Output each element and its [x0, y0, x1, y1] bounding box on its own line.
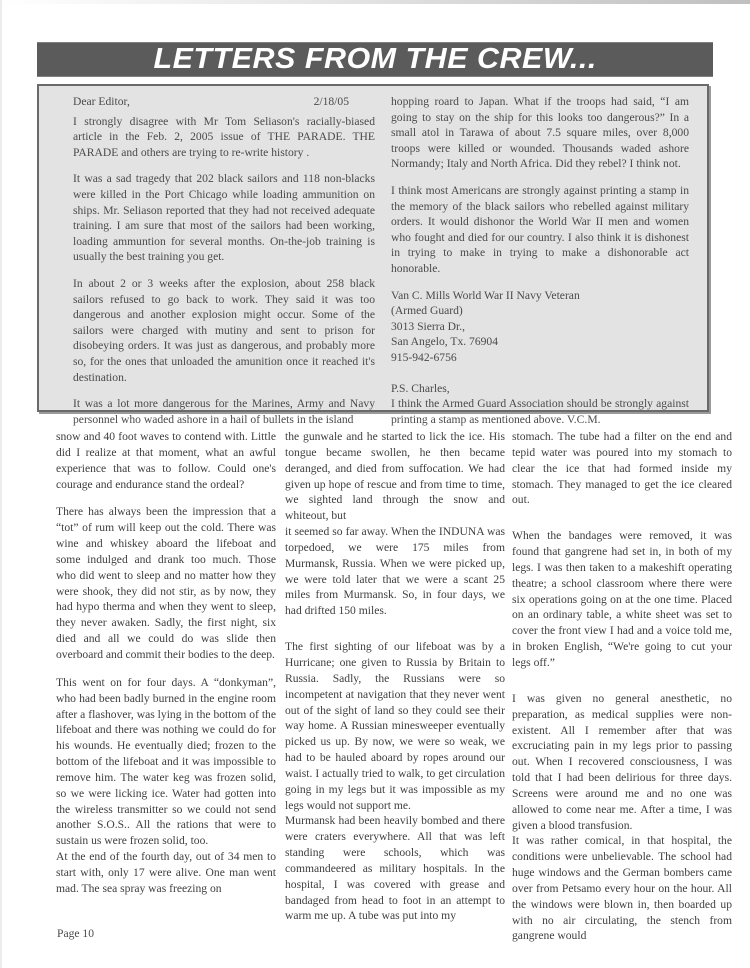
signature-phone: 915-942-6756 [391, 350, 689, 366]
scan-edge-left [0, 0, 2, 968]
story-column-2: the gunwale and he started to lick the i… [285, 429, 505, 936]
postscript: P.S. Charles, I think the Armed Guard As… [391, 381, 689, 428]
salutation: Dear Editor, [73, 94, 130, 110]
story-paragraph: Murmansk had been heavily bombed and the… [285, 813, 505, 924]
signature-block: Van C. Mills World War II Navy Veteran (… [391, 288, 689, 366]
story-paragraph: the gunwale and he started to lick the i… [285, 429, 505, 524]
signature-unit: (Armed Guard) [391, 303, 689, 319]
story-paragraph: There has always been the impression tha… [56, 504, 276, 662]
scan-edge-shadow [0, 0, 750, 4]
letter-paragraph: hopping roard to Japan. What if the troo… [391, 94, 689, 172]
signature-city: San Angelo, Tx. 76904 [391, 334, 689, 350]
signature-name: Van C. Mills World War II Navy Veteran [391, 288, 689, 304]
letter-date: 2/18/05 [314, 94, 349, 110]
letter-to-editor-box: Dear Editor, 2/18/05 I strongly disagree… [37, 84, 709, 412]
section-banner: LETTERS FROM THE CREW... [37, 42, 713, 77]
story-paragraph: stomach. The tube had a filter on the en… [512, 429, 732, 508]
postscript-greeting: P.S. Charles, [391, 381, 689, 397]
letter-paragraph: In about 2 or 3 weeks after the explosio… [73, 276, 375, 385]
postscript-text: I think the Armed Guard Association shou… [391, 396, 689, 427]
story-paragraph: it seemed so far away. When the INDUNA w… [285, 524, 505, 619]
story-paragraph: snow and 40 foot waves to contend with. … [56, 429, 276, 492]
letter-header: Dear Editor, 2/18/05 [73, 94, 375, 110]
story-paragraph: I was given no general anesthetic, no pr… [512, 691, 732, 834]
story-paragraph: When the bandages were removed, it was f… [512, 528, 732, 671]
letter-column-right: hopping roard to Japan. What if the troo… [391, 94, 689, 427]
letter-column-left: Dear Editor, 2/18/05 I strongly disagree… [73, 94, 375, 438]
letter-paragraph: It was a lot more dangerous for the Mari… [73, 396, 375, 427]
letter-paragraph: It was a sad tragedy that 202 black sail… [73, 171, 375, 265]
story-column-3: stomach. The tube had a filter on the en… [512, 429, 732, 956]
story-paragraph: It was rather comical, in that hospital,… [512, 833, 732, 944]
story-paragraph: The first sighting of our lifeboat was b… [285, 639, 505, 813]
page-number: Page 10 [57, 927, 94, 940]
page-title: LETTERS FROM THE CREW... [153, 43, 596, 76]
letter-paragraph: I think most Americans are strongly agai… [391, 183, 689, 277]
signature-street: 3013 Sierra Dr., [391, 319, 689, 335]
letter-paragraph: I strongly disagree with Mr Tom Seliason… [73, 114, 375, 161]
story-paragraph: At the end of the fourth day, out of 34 … [56, 849, 276, 897]
story-column-1: snow and 40 foot waves to contend with. … [56, 429, 276, 909]
story-paragraph: This went on for four days. A “donkyman”… [56, 675, 276, 849]
